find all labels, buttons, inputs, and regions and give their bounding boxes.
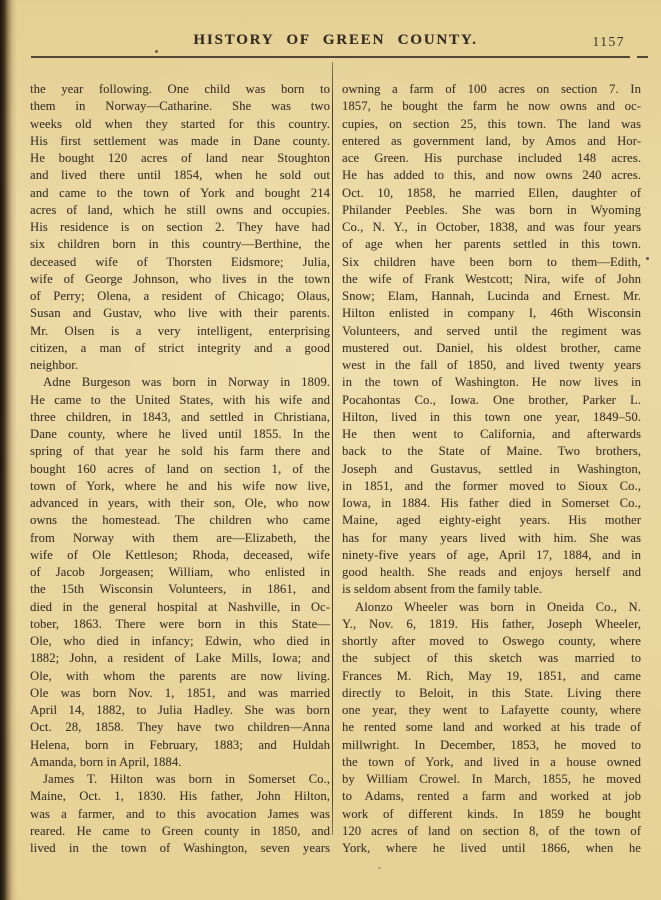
text-line: wife of George Johnson, who lives in the…: [30, 271, 330, 288]
text-line: Alonzo Wheeler was born in Oneida Co., N…: [342, 599, 641, 616]
text-line: Susan and Gustav, who live with their pa…: [30, 305, 330, 322]
text-line: owns the homestead. The children who cam…: [30, 512, 330, 529]
text-line: by William Crowel. In March, 1855, he mo…: [342, 771, 641, 788]
text-line: Snow; Elam, Hannah, Lucinda and Ernest. …: [342, 288, 641, 305]
text-line: 1857, he bought the farm he now owns and…: [342, 98, 641, 115]
text-line: to Adams, rented a farm and worked at jo…: [342, 788, 641, 805]
text-line: spring of that year he sold his farm the…: [30, 443, 330, 460]
text-line: the town of York, and lived in a house o…: [342, 754, 641, 771]
text-line: the 15th Wisconsin Volunteers, in 1861, …: [30, 581, 330, 598]
text-line: and came to the town of York and bought …: [30, 185, 330, 202]
text-line: Helena, born in February, 1883; and Huld…: [30, 737, 330, 754]
ink-speck: [155, 50, 158, 53]
text-line: them in Norway—Catharine. She was two: [30, 98, 330, 115]
text-line: Ole, who died in infancy; Edwin, who die…: [30, 633, 330, 650]
text-line: James T. Hilton was born in Somerset Co.…: [30, 771, 330, 788]
text-line: Maine, Oct. 1, 1830. His father, John Hi…: [30, 788, 330, 805]
text-line: owning a farm of 100 acres on section 7.…: [342, 81, 641, 98]
text-line: has for many years lived with him. She w…: [342, 530, 641, 547]
text-line: April 14, 1882, to Julia Hadley. She was…: [30, 702, 330, 719]
text-line: He came to the United States, with his w…: [30, 392, 330, 409]
text-line: Y., Nov. 6, 1819. His father, Joseph Whe…: [342, 616, 641, 633]
text-line: Volunteers, and served until the regimen…: [342, 323, 641, 340]
text-line: deceased wife of Thorsten Eidsmore; Juli…: [30, 254, 330, 271]
text-line: lived in the town of Washington, seven y…: [30, 840, 330, 857]
text-line: died in the general hospital at Nashvill…: [30, 599, 330, 616]
text-line: His residence is on section 2. They have…: [30, 219, 330, 236]
text-line: Hilton, lived in this town one year, 184…: [342, 409, 641, 426]
text-line: in the town of Washington. He now lives …: [342, 374, 641, 391]
text-line: Mr. Olsen is a very intelligent, enterpr…: [30, 323, 330, 340]
text-line: and lived there until 1854, when he sold…: [30, 167, 330, 184]
text-line: shortly after moved to Oswego county, wh…: [342, 633, 641, 650]
text-line: of age when her parents settled in this …: [342, 236, 641, 253]
text-line: His first settlement was made in Dane co…: [30, 133, 330, 150]
text-line: He then went to California, and afterwar…: [342, 426, 641, 443]
text-line: acres of land, which he still owns and o…: [30, 202, 330, 219]
page-header-title: HISTORY OF GREEN COUNTY.: [5, 32, 661, 49]
right-column: owning a farm of 100 acres on section 7.…: [342, 81, 641, 857]
text-line: Iowa, in 1884. His father died in Somers…: [342, 495, 641, 512]
text-line: in 1851, and the former moved to Sioux C…: [342, 478, 641, 495]
text-line: tober, 1863. There were born in this Sta…: [30, 616, 330, 633]
header-rule: [31, 56, 648, 58]
text-line: Hilton enlisted in company I, 46th Wisco…: [342, 305, 641, 322]
text-line: is seldom absent from the family table.: [342, 581, 641, 598]
text-line: one year, they went to Lafayette county,…: [342, 702, 641, 719]
text-line: Oct. 28, 1858. They have two children—An…: [30, 719, 330, 736]
text-line: York, where he lived until 1866, when he: [342, 840, 641, 857]
text-line: citizen, a man of strict integrity and a…: [30, 340, 330, 357]
text-line: ninety-five years of age, April 17, 1884…: [342, 547, 641, 564]
page-number: 1157: [593, 34, 626, 50]
text-line: Maine, aged eighty-eight years. His moth…: [342, 512, 641, 529]
text-line: of Jacob Jorgeasen; William, who enliste…: [30, 564, 330, 581]
text-columns: the year following. One child was born t…: [30, 81, 641, 861]
text-line: millwright. In December, 1853, he moved …: [342, 737, 641, 754]
text-line: ace Green. His purchase included 148 acr…: [342, 150, 641, 167]
text-line: he rented some land and worked at his tr…: [342, 719, 641, 736]
ink-speck: [646, 257, 649, 260]
text-line: weeks old when they started for this cou…: [30, 116, 330, 133]
text-line: Ole, with whom the parents are now livin…: [30, 668, 330, 685]
text-line: cupies, on section 25, this town. The la…: [342, 116, 641, 133]
text-line: three children, in 1843, and settled in …: [30, 409, 330, 426]
text-line: wife of Ole Kettleson; Rhoda, deceased, …: [30, 547, 330, 564]
text-line: Frances M. Rich, May 19, 1851, and came: [342, 668, 641, 685]
text-line: mustered out. Daniel, his oldest brother…: [342, 340, 641, 357]
text-line: Philander Peebles. She was born in Wyomi…: [342, 202, 641, 219]
text-line: from Norway with them are—Elizabeth, the: [30, 530, 330, 547]
text-line: Ole was born Nov. 1, 1851, and was marri…: [30, 685, 330, 702]
text-line: of Perry; Olena, a resident of Chicago; …: [30, 288, 330, 305]
text-line: Adne Burgeson was born in Norway in 1809…: [30, 374, 330, 391]
text-line: neighbor.: [30, 357, 330, 374]
left-column: the year following. One child was born t…: [30, 81, 330, 857]
text-line: Six children have been born to them—Edit…: [342, 254, 641, 271]
text-line: back to the State of Maine. Two brothers…: [342, 443, 641, 460]
text-line: reared. He came to Green county in 1850,…: [30, 823, 330, 840]
book-gutter-shadow: [0, 0, 17, 900]
text-line: six children born in this country—Berthi…: [30, 236, 330, 253]
text-line: Co., N. Y., in October, 1838, and was fo…: [342, 219, 641, 236]
text-line: He has added to this, and now owns 240 a…: [342, 167, 641, 184]
text-line: good health. She reads and enjoys hersel…: [342, 564, 641, 581]
text-line: Joseph and Gustavus, settled in Washingt…: [342, 461, 641, 478]
text-line: bought 160 acres of land on section 1, o…: [30, 461, 330, 478]
text-line: Oct. 10, 1858, he married Ellen, daughte…: [342, 185, 641, 202]
text-line: was a farmer, and to this avocation Jame…: [30, 806, 330, 823]
text-line: directly to Beloit, in this State. Livin…: [342, 685, 641, 702]
text-line: west in the fall of 1850, and lived twen…: [342, 357, 641, 374]
text-line: town of York, where he and his wife now …: [30, 478, 330, 495]
book-page: HISTORY OF GREEN COUNTY. 1157 the year f…: [0, 0, 661, 900]
text-line: the wife of Frank Westcott; Nira, wife o…: [342, 271, 641, 288]
text-line: advanced in years, with their son, Ole, …: [30, 495, 330, 512]
text-line: work of different kinds. In 1859 he boug…: [342, 806, 641, 823]
text-line: the subject of this sketch was married t…: [342, 650, 641, 667]
text-line: 120 acres of land on section 8, of the t…: [342, 823, 641, 840]
ink-speck: [378, 867, 381, 869]
text-line: entered as government land, by Amos and …: [342, 133, 641, 150]
text-line: the year following. One child was born t…: [30, 81, 330, 98]
text-line: 1882; John, a resident of Lake Mills, Io…: [30, 650, 330, 667]
text-line: Pocahontas Co., Iowa. One brother, Parke…: [342, 392, 641, 409]
text-line: Dane county, where he lived until 1855. …: [30, 426, 330, 443]
text-line: Amanda, born in April, 1884.: [30, 754, 330, 771]
text-line: He bought 120 acres of land near Stought…: [30, 150, 330, 167]
